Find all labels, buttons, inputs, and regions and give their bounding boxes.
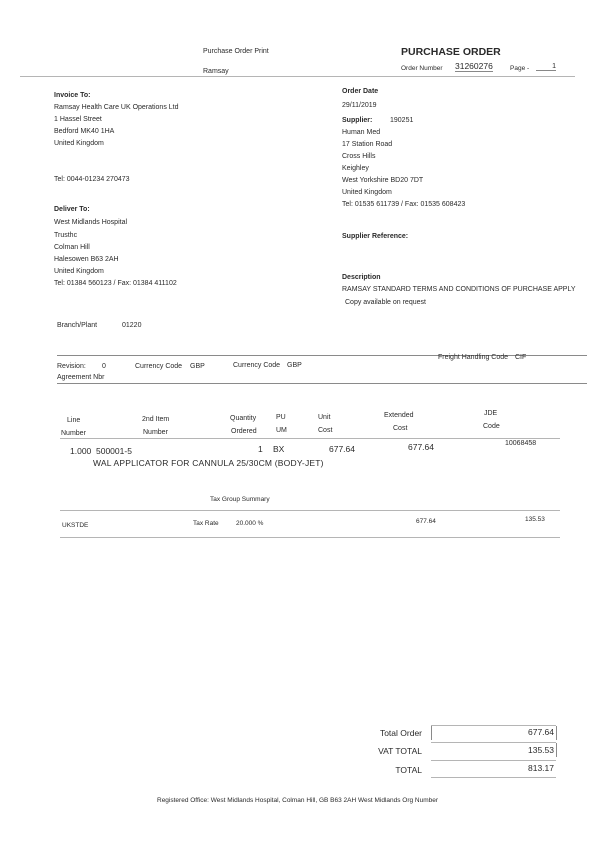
currency-label: Currency Code [233, 362, 280, 369]
col-header-line: Number [61, 430, 86, 437]
vat-total-value: 135.53 [431, 745, 554, 755]
line-number: 1.000 [70, 446, 91, 456]
total-box-bottom [431, 777, 556, 778]
vat-total-label: VAT TOTAL [362, 746, 422, 756]
supplier-id: 190251 [390, 117, 413, 124]
deliver-line: Colman Hill [54, 244, 90, 251]
currency-value: GBP [287, 362, 302, 369]
supplier-line: 17 Station Road [342, 141, 392, 148]
item-description: WAL APPLICATOR FOR CANNULA 25/30CM (BODY… [93, 458, 324, 468]
supplier-line: Tel: 01535 611739 / Fax: 01535 608423 [342, 201, 465, 208]
tax-rate-label: Tax Rate [193, 520, 219, 527]
deliver-line: West Midlands Hospital [54, 219, 127, 226]
document-title: PURCHASE ORDER [401, 46, 501, 58]
currency-value: GBP [190, 363, 205, 370]
supplier-label: Supplier: [342, 117, 372, 124]
header-divider [20, 76, 575, 77]
taxable-amount: 677.64 [416, 518, 436, 525]
currency-label: Currency Code [135, 363, 182, 370]
col-header-item: 2nd Item [142, 416, 169, 423]
vat-box-top [431, 742, 556, 743]
col-header-extended-cost: Cost [393, 425, 407, 432]
branch-plant-label: Branch/Plant [57, 322, 97, 329]
page-label: Page - [510, 65, 529, 72]
invoice-line: United Kingdom [54, 140, 104, 147]
col-header-item: Number [143, 429, 168, 436]
jde-code: 10068458 [505, 440, 536, 447]
supplier-line: United Kingdom [342, 189, 392, 196]
total-order-label: Total Order [362, 728, 422, 738]
registered-office: Registered Office: West Midlands Hospita… [157, 797, 438, 804]
col-header-jde-code: JDE [484, 410, 497, 417]
deliver-line: Tel: 01384 560123 / Fax: 01384 411102 [54, 280, 177, 287]
supplier-line: Human Med [342, 129, 380, 136]
agreement-label: Agreement Nbr [57, 374, 104, 381]
invoice-line: Bedford MK40 1HA [54, 128, 114, 135]
col-header-um: PU [276, 414, 286, 421]
col-header-extended-cost: Extended [384, 412, 414, 419]
order-number-label: Order Number [401, 65, 443, 72]
deliver-line: Trusthc [54, 232, 77, 239]
description-label: Description [342, 274, 381, 281]
supplier-reference-label: Supplier Reference: [342, 233, 408, 240]
supplier-line: West Yorkshire BD20 7DT [342, 177, 423, 184]
col-header-unit-cost: Cost [318, 427, 332, 434]
supplier-line: Keighley [342, 165, 369, 172]
total-box-top [431, 760, 556, 761]
tax-bottom-divider [60, 537, 560, 538]
order-number: 31260276 [455, 61, 493, 72]
table-header-divider [60, 438, 560, 439]
invoice-tel: Tel: 0044-01234 270473 [54, 176, 130, 183]
total-order-value: 677.64 [431, 727, 554, 737]
supplier-line: Cross Hills [342, 153, 375, 160]
col-header-line: Line [67, 417, 80, 424]
deliver-to-label: Deliver To: [54, 206, 90, 213]
col-header-um: UM [276, 427, 287, 434]
order-date: 29/11/2019 [342, 102, 377, 109]
print-title: Purchase Order Print [203, 48, 269, 55]
unit-of-measure: BX [273, 444, 284, 454]
invoice-to-label: Invoice To: [54, 92, 90, 99]
terms-text: RAMSAY STANDARD TERMS AND CONDITIONS OF … [342, 286, 576, 293]
codes-bottom-divider [57, 383, 587, 384]
col-header-unit-cost: Unit [318, 414, 330, 421]
page-number: 1 [536, 63, 556, 71]
deliver-line: Halesowen B63 2AH [54, 256, 119, 263]
tax-group: UKSTDE [62, 522, 88, 529]
tax-amount: 135.53 [525, 516, 545, 523]
unit-cost: 677.64 [329, 444, 355, 454]
col-header-jde-code: Code [483, 423, 500, 430]
revision-value: 0 [102, 363, 106, 370]
invoice-line: 1 Hassel Street [54, 116, 102, 123]
company-name: Ramsay [203, 68, 229, 75]
col-header-quantity: Ordered [231, 428, 257, 435]
item-number: 500001-5 [96, 446, 132, 456]
tax-top-divider [60, 510, 560, 511]
tax-summary-title: Tax Group Summary [210, 496, 270, 503]
col-header-quantity: Quantity [230, 415, 256, 422]
tax-rate: 20.000 % [236, 520, 263, 527]
revision-label: Revision: [57, 363, 86, 370]
total-order-box-top [431, 725, 556, 726]
quantity: 1 [258, 444, 263, 454]
deliver-line: United Kingdom [54, 268, 104, 275]
copy-note: Copy available on request [345, 299, 426, 306]
invoice-line: Ramsay Health Care UK Operations Ltd [54, 104, 179, 111]
extended-cost: 677.64 [408, 442, 434, 452]
freight-value: CIF [515, 354, 526, 361]
freight-label: Freight Handling Code [438, 354, 508, 361]
grand-total-value: 813.17 [431, 763, 554, 773]
total-order-box-edge [556, 726, 557, 740]
grand-total-label: TOTAL [362, 765, 422, 775]
order-date-label: Order Date [342, 88, 378, 95]
vat-box-edge [556, 743, 557, 757]
branch-plant-value: 01220 [122, 322, 141, 329]
